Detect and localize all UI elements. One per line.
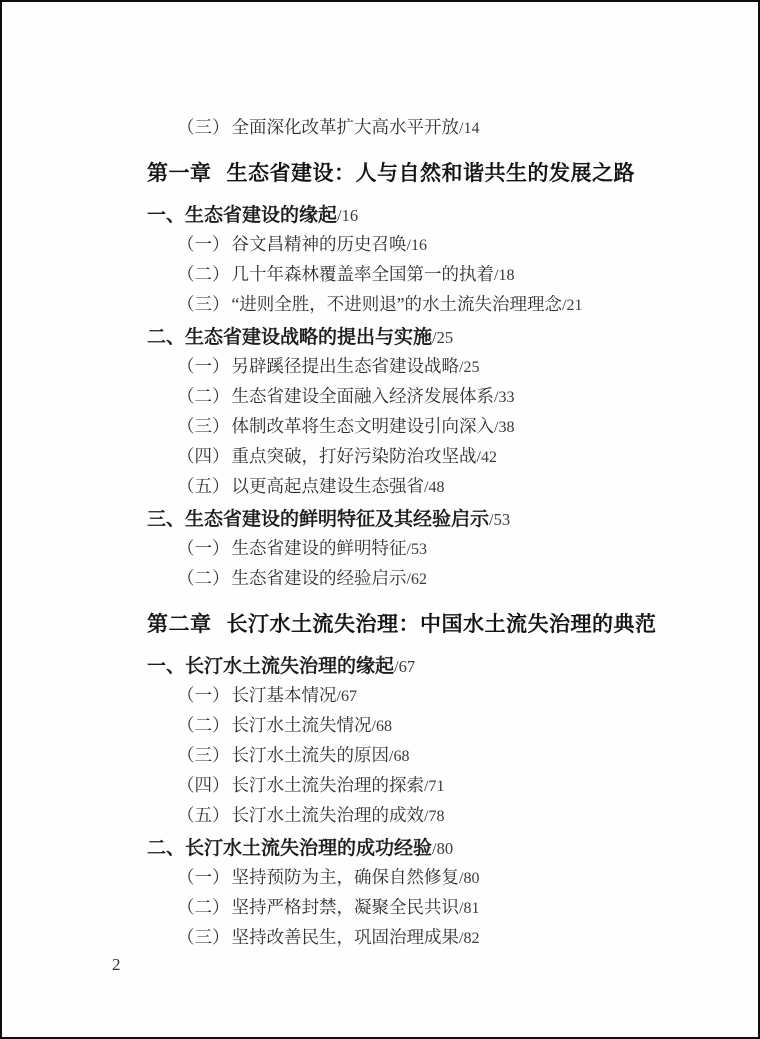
toc-entry-title: 以更高起点建设生态强省: [232, 476, 425, 496]
toc-entry-page: 33: [498, 389, 514, 406]
toc-entry-label: （二）: [177, 386, 230, 406]
toc-entry-label: （三）: [177, 117, 230, 137]
toc-entry-locator: /21: [562, 297, 582, 314]
toc-entry-label: （一）: [177, 867, 230, 887]
toc-entry-locator: /67: [337, 688, 357, 705]
toc-entry-title: 长汀水土流失治理的缘起: [185, 656, 394, 677]
toc-entry-page: 67: [399, 657, 416, 676]
toc-entry-locator: /16: [337, 206, 358, 225]
toc-entry-label: 二、: [147, 327, 185, 348]
toc-entry-locator: /80: [432, 839, 453, 858]
toc-entry-sub: （一）谷文昌精神的历史召唤/16: [147, 230, 718, 260]
toc-entry-title: 坚持预防为主，确保自然修复: [232, 867, 460, 887]
toc-entry-title: 另辟蹊径提出生态省建设战略: [232, 356, 460, 376]
toc-entry-label: （三）: [177, 416, 230, 436]
toc-entry-page: 16: [411, 237, 427, 254]
toc-entry-page: 25: [463, 359, 479, 376]
toc-entry-label: （二）: [177, 568, 230, 588]
toc-entry-title: 生态省建设全面融入经济发展体系: [232, 386, 495, 406]
toc-entry-page: 71: [428, 778, 444, 795]
toc-entry-sub: （三）“进则全胜，不进则退”的水土流失治理理念/21: [147, 290, 718, 320]
toc-entry-title: 生态省建设的鲜明特征及其经验启示: [185, 509, 489, 530]
toc-entry-locator: /81: [459, 900, 479, 917]
toc-entry-sub: （四）重点突破，打好污染防治攻坚战/42: [147, 442, 718, 472]
toc-entry-sub: （三）体制改革将生态文明建设引向深入/38: [147, 412, 718, 442]
toc-entry-locator: /62: [407, 571, 427, 588]
toc-entry-label: 三、: [147, 509, 185, 530]
toc-entry-label: （三）: [177, 294, 230, 314]
toc-entry-title: 长汀水土流失的原因: [232, 745, 390, 765]
toc-entry-sub: （三）全面深化改革扩大高水平开放/14: [147, 113, 718, 143]
toc-entry-sub: （三）长汀水土流失的原因/68: [147, 741, 718, 771]
toc-entry-locator: /68: [389, 748, 409, 765]
toc-entry-label: （二）: [177, 264, 230, 284]
toc-entry-section: 三、生态省建设的鲜明特征及其经验启示/53: [147, 506, 718, 534]
toc-entry-title: 长汀水土流失情况: [232, 715, 372, 735]
toc-entry-locator: /80: [459, 870, 479, 887]
toc-entry-locator: /38: [494, 419, 514, 436]
toc-entry-page: 14: [463, 120, 479, 137]
toc-entry-page: 25: [437, 328, 454, 347]
toc-entry-locator: /14: [459, 120, 479, 137]
toc-entry-page: 16: [342, 206, 359, 225]
toc-entry-page: 38: [498, 419, 514, 436]
toc-entry-chapter: 第一章生态省建设：人与自然和谐共生的发展之路: [147, 157, 718, 191]
toc-entry-label: （五）: [177, 476, 230, 496]
toc-entry-sub: （二）长汀水土流失情况/68: [147, 711, 718, 741]
toc-entry-label: 第二章: [147, 613, 212, 636]
toc-entry-sub: （一）生态省建设的鲜明特征/53: [147, 534, 718, 564]
toc-entry-chapter: 第二章长汀水土流失治理：中国水土流失治理的典范: [147, 608, 718, 642]
toc-entry-locator: /53: [489, 510, 510, 529]
page-number: 2: [112, 954, 121, 976]
toc-entry-label: （一）: [177, 234, 230, 254]
toc-entry-page: 82: [463, 930, 479, 947]
toc-entry-section: 一、长汀水土流失治理的缘起/67: [147, 653, 718, 681]
toc-entry-title: 体制改革将生态文明建设引向深入: [232, 416, 495, 436]
toc-entry-sub: （一）坚持预防为主，确保自然修复/80: [147, 863, 718, 893]
toc-entry-sub: （二）生态省建设的经验启示/62: [147, 564, 718, 594]
toc-entry-title: 几十年森林覆盖率全国第一的执着: [232, 264, 495, 284]
toc-entry-label: （四）: [177, 775, 230, 795]
toc-entry-locator: /16: [407, 237, 427, 254]
toc-entry-title: 生态省建设战略的提出与实施: [185, 327, 432, 348]
toc-entry-label: （一）: [177, 685, 230, 705]
toc-entry-locator: /25: [459, 359, 479, 376]
toc-entry-label: （三）: [177, 745, 230, 765]
toc-entry-locator: /78: [424, 808, 444, 825]
toc-entry-sub: （二）坚持严格封禁，凝聚全民共识/81: [147, 893, 718, 923]
toc-list: （三）全面深化改革扩大高水平开放/14第一章生态省建设：人与自然和谐共生的发展之…: [147, 113, 718, 953]
toc-entry-title: 坚持改善民生，巩固治理成果: [232, 927, 460, 947]
toc-entry-title: 重点突破，打好污染防治攻坚战: [232, 446, 477, 466]
toc-entry-label: （四）: [177, 446, 230, 466]
toc-entry-label: 二、: [147, 838, 185, 859]
toc-entry-sub: （四）长汀水土流失治理的探索/71: [147, 771, 718, 801]
toc-entry-section: 二、生态省建设战略的提出与实施/25: [147, 324, 718, 352]
book-page: （三）全面深化改革扩大高水平开放/14第一章生态省建设：人与自然和谐共生的发展之…: [0, 0, 760, 1039]
toc-entry-locator: /82: [459, 930, 479, 947]
toc-entry-title: 生态省建设的缘起: [185, 205, 337, 226]
toc-entry-label: （三）: [177, 927, 230, 947]
toc-entry-title: 长汀水土流失治理的成功经验: [185, 838, 432, 859]
toc-entry-sub: （一）长汀基本情况/67: [147, 681, 718, 711]
toc-entry-title: 长汀水土流失治理：中国水土流失治理的典范: [227, 613, 657, 636]
toc-entry-title: 生态省建设的鲜明特征: [232, 538, 407, 558]
toc-entry-page: 68: [393, 748, 409, 765]
toc-entry-label: （五）: [177, 805, 230, 825]
toc-entry-sub: （三）坚持改善民生，巩固治理成果/82: [147, 923, 718, 953]
toc-entry-page: 67: [341, 688, 357, 705]
toc-entry-page: 78: [428, 808, 444, 825]
toc-entry-section: 二、长汀水土流失治理的成功经验/80: [147, 835, 718, 863]
toc-entry-label: （一）: [177, 538, 230, 558]
toc-entry-sub: （一）另辟蹊径提出生态省建设战略/25: [147, 352, 718, 382]
toc-entry-locator: /67: [394, 657, 415, 676]
toc-entry-label: 一、: [147, 656, 185, 677]
toc-entry-sub: （二）生态省建设全面融入经济发展体系/33: [147, 382, 718, 412]
toc-entry-label: （二）: [177, 897, 230, 917]
toc-entry-page: 53: [411, 541, 427, 558]
toc-entry-label: 一、: [147, 205, 185, 226]
toc-entry-title: “进则全胜，不进则退”的水土流失治理理念: [232, 294, 563, 314]
toc-entry-page: 53: [494, 510, 511, 529]
toc-entry-page: 80: [437, 839, 454, 858]
toc-entry-page: 21: [567, 297, 583, 314]
toc-entry-sub: （五）长汀水土流失治理的成效/78: [147, 801, 718, 831]
toc-entry-page: 42: [481, 449, 497, 466]
toc-entry-label: （二）: [177, 715, 230, 735]
toc-entry-page: 81: [463, 900, 479, 917]
toc-entry-title: 长汀水土流失治理的探索: [232, 775, 425, 795]
toc-entry-label: （一）: [177, 356, 230, 376]
toc-entry-locator: /68: [372, 718, 392, 735]
toc-entry-title: 长汀基本情况: [232, 685, 337, 705]
toc-entry-locator: /48: [424, 479, 444, 496]
toc-entry-title: 生态省建设：人与自然和谐共生的发展之路: [227, 162, 636, 185]
toc-entry-title: 全面深化改革扩大高水平开放: [232, 117, 460, 137]
toc-entry-locator: /25: [432, 328, 453, 347]
toc-entry-sub: （二）几十年森林覆盖率全国第一的执着/18: [147, 260, 718, 290]
toc-entry-title: 长汀水土流失治理的成效: [232, 805, 425, 825]
toc-entry-locator: /18: [494, 267, 514, 284]
toc-entry-page: 48: [428, 479, 444, 496]
toc-entry-page: 68: [376, 718, 392, 735]
toc-entry-label: 第一章: [147, 162, 212, 185]
toc-entry-locator: /33: [494, 389, 514, 406]
toc-entry-page: 80: [463, 870, 479, 887]
toc-entry-section: 一、生态省建设的缘起/16: [147, 202, 718, 230]
toc-entry-title: 生态省建设的经验启示: [232, 568, 407, 588]
toc-entry-locator: /71: [424, 778, 444, 795]
toc-entry-sub: （五）以更高起点建设生态强省/48: [147, 472, 718, 502]
toc-entry-locator: /42: [477, 449, 497, 466]
toc-entry-locator: /53: [407, 541, 427, 558]
toc-entry-title: 谷文昌精神的历史召唤: [232, 234, 407, 254]
toc-entry-page: 62: [411, 571, 427, 588]
toc-entry-title: 坚持严格封禁，凝聚全民共识: [232, 897, 460, 917]
toc-entry-page: 18: [498, 267, 514, 284]
